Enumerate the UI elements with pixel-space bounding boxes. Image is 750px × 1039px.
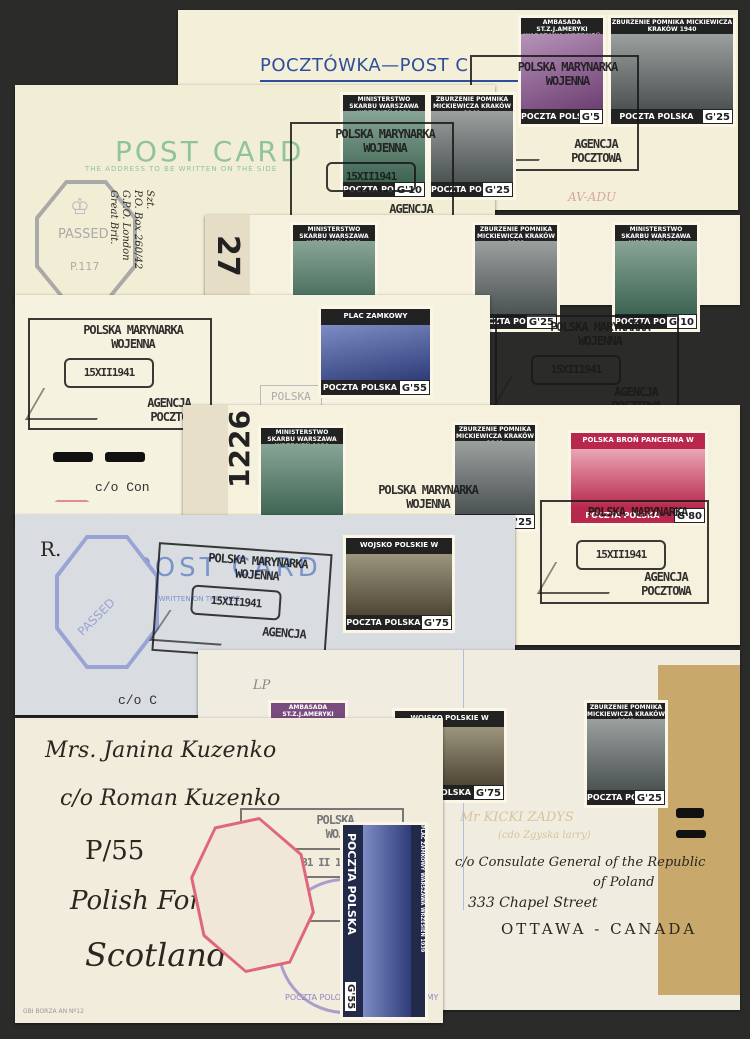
stamp-plac-zamkowy-55: PLAC ZAMKOWY WARSZAWA WRZESIEŃ 1939 POCZ… <box>318 306 433 398</box>
post-card-title: POST CARD <box>115 135 304 168</box>
canada-address-4: of Poland <box>593 875 654 890</box>
label-tab-1226: 1226 <box>183 405 228 525</box>
censor-number: P.117 <box>70 260 99 273</box>
canada-address-1: Mr KICKI ZADYS <box>460 810 574 825</box>
redaction-bar-1 <box>53 452 93 462</box>
typed-address: c/o Con <box>95 480 150 495</box>
cancel-blue-postcard: POLSKA MARYNARKAWOJENNA 15XII1941 AGENCJ… <box>151 542 332 663</box>
scotland-address-5: Scotland <box>85 936 227 974</box>
lp-note: LP <box>253 678 270 693</box>
stamp-wojsko-75: WOJSKO POLSKIE W W.BRYTANII POCZTA POLSK… <box>343 535 455 633</box>
stamp-plac-zamkowy-55-vertical: POCZTA POLSKA G'55 PLAC ZAMKOWY WARSZAWA… <box>340 822 428 1020</box>
canada-address-5: 333 Chapel Street <box>468 895 598 911</box>
canada-address-6: OTTAWA - CANADA <box>501 920 697 938</box>
redaction-scribble-1 <box>676 808 704 818</box>
crown-icon: ♔ <box>70 195 90 220</box>
faint-writing-1: AV-ADU <box>568 190 616 204</box>
pocztowka-header: POCZTÓWKA—POST C <box>260 55 468 76</box>
redaction-scribble-2 <box>676 830 706 838</box>
label-tab: 27 <box>205 215 250 305</box>
sender-address: Szt. P.O. Box 260/42 G.P.O. London Great… <box>107 190 155 269</box>
canada-address-2: (cdo Zgyska larry) <box>498 830 591 841</box>
scotland-address-1: Mrs. Janina Kuzenko <box>45 738 276 763</box>
cancel-strip-three: POLSKA MARYNARKAWOJENNA 15XII1941 AGENCJ… <box>495 315 679 419</box>
canada-address-3: c/o Consulate General of the Republic <box>455 855 705 870</box>
cancel-bron-pancerna-2: POLSKA MARYNARKA 15XII1941 AGENCJAPOCZTO… <box>540 500 709 604</box>
registered-mark: R. <box>40 537 61 561</box>
redaction-bar-2 <box>105 452 145 462</box>
post-card-subtitle: THE ADDRESS TO BE WRITTEN ON THE SIDE <box>85 165 277 173</box>
printer-imprint: GBI BORZA AN Nº12 <box>23 1008 84 1015</box>
censor-passed-text: PASSED <box>58 227 109 242</box>
blue-typed: c/o C <box>118 693 157 708</box>
scotland-address-3: P/55 <box>85 836 144 866</box>
stamp-mickiewicz-25-f: ZBURZENIE POMNIKA MICKIEWICZA KRAKÓW 194… <box>584 700 668 808</box>
